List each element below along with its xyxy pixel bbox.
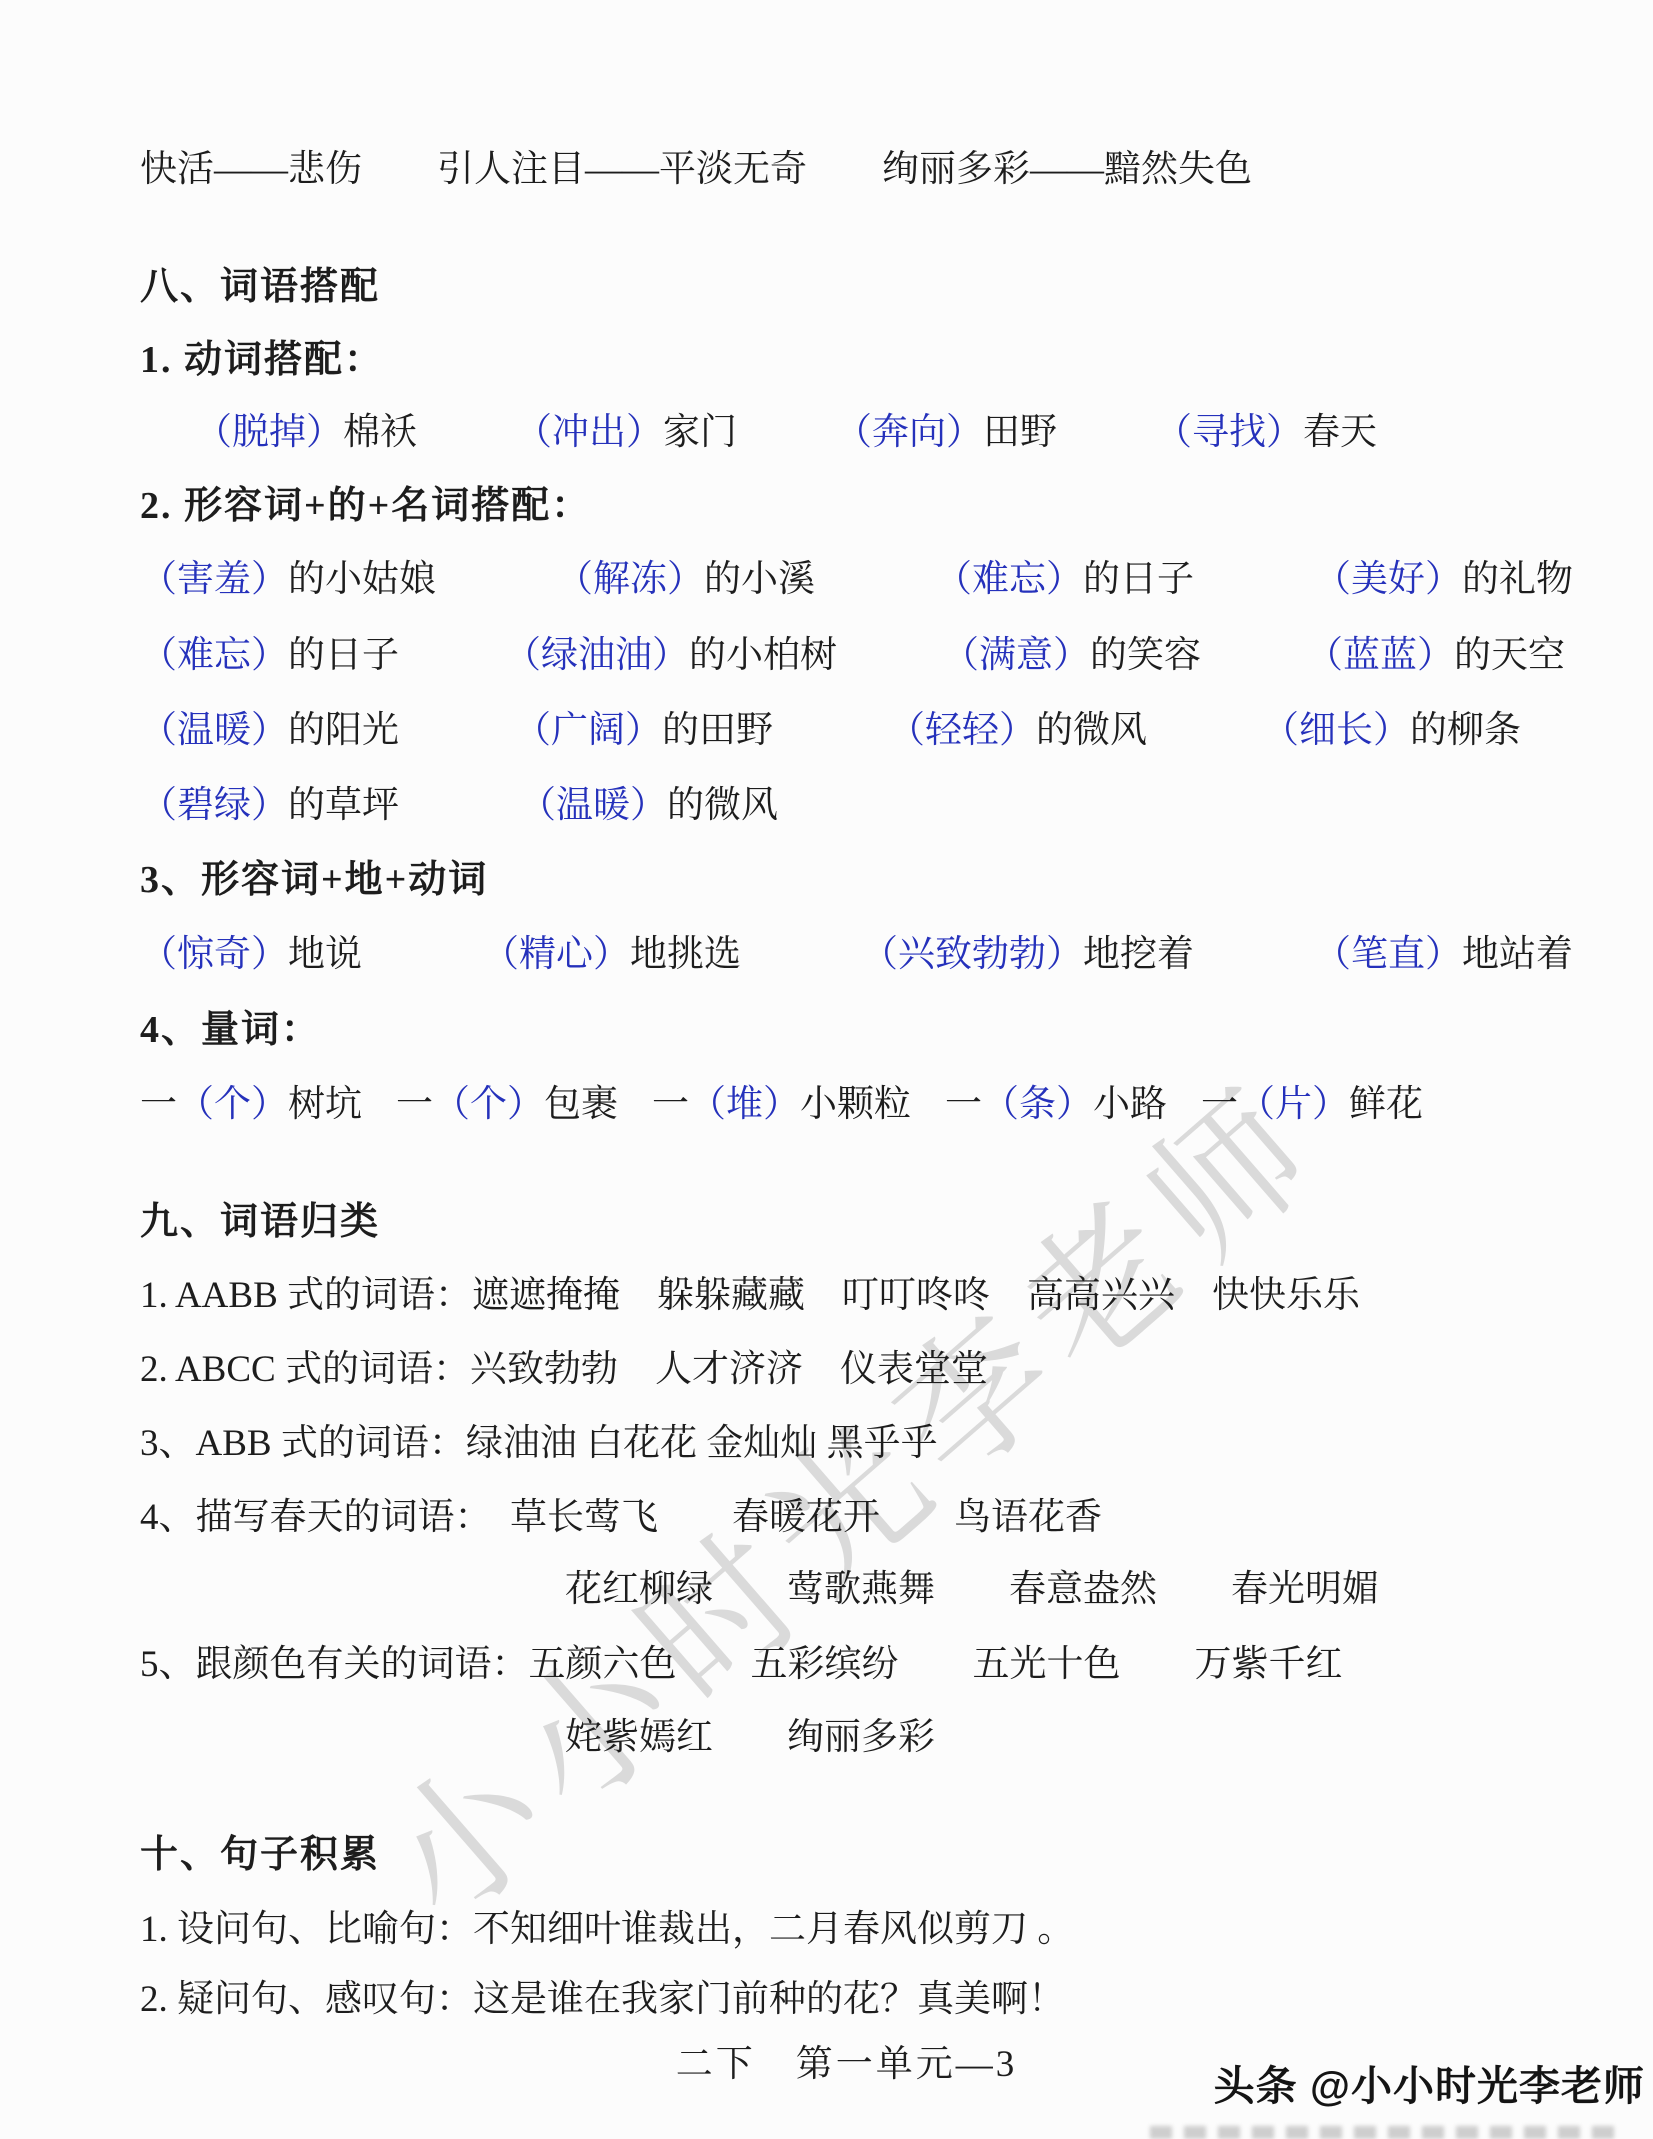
collocation-item: （蓝蓝）的天空 (1306, 632, 1565, 680)
collocation-black-word: 的阳光 (288, 710, 399, 751)
measure-blue-word: （堆） (689, 1084, 800, 1125)
measure-prefix: 一 (945, 1084, 982, 1125)
section9-title: 九、词语归类 (140, 1198, 380, 1246)
collocation-black-word: 地站着 (1462, 934, 1573, 975)
collocation-black-word: 地挑选 (630, 934, 741, 975)
collocation-black-word: 的天空 (1454, 635, 1565, 676)
verb-collocation-row: （脱掉）棉袄 （冲出）家门 （奔向）田野 （寻找）春天 (195, 409, 1377, 457)
measure-word-item: 一（堆）小颗粒 (652, 1081, 911, 1129)
measure-blue-word: （条） (982, 1084, 1093, 1125)
collocation-item: （美好）的礼物 (1314, 556, 1573, 604)
collocation-black-word: 的柳条 (1410, 710, 1521, 751)
collocation-blue-word: （惊奇） (140, 934, 288, 975)
collocation-blue-word: （精心） (482, 934, 630, 975)
collocation-black-word: 地说 (288, 934, 362, 975)
measure-blue-word: （片） (1238, 1084, 1349, 1125)
collocation-blue-word: （绿油油） (504, 635, 689, 676)
collocation-black-word: 的微风 (1036, 710, 1147, 751)
collocation-black-word: 的日子 (288, 635, 399, 676)
collocation-item: （广阔）的田野 (514, 707, 773, 755)
measure-noun: 鲜花 (1349, 1084, 1423, 1125)
word-category-continuation: 姹紫嫣红 绚丽多彩 (565, 1714, 935, 1762)
word-category-line: 5、跟颜色有关的词语：五颜六色 五彩缤纷 五光十色 万紫千红 (140, 1641, 1343, 1689)
collocation-item: （惊奇）地说 (140, 931, 362, 979)
measure-word-item: 一（个）树坑 (140, 1081, 362, 1129)
measure-prefix: 一 (140, 1084, 177, 1125)
collocation-blue-word: （兴致勃勃） (861, 934, 1083, 975)
collocation-black-word: 棉袄 (343, 412, 417, 453)
collocation-blue-word: （害羞） (140, 559, 288, 600)
measure-noun: 包裹 (544, 1084, 618, 1125)
adjective-noun-row: （难忘）的日子 （绿油油）的小柏树 （满意）的笑容 （蓝蓝）的天空 (140, 632, 1565, 680)
sentence-line: 1. 设问句、比喻句：不知细叶谁裁出，二月春风似剪刀 。 (140, 1906, 1074, 1954)
worksheet-page: 小小时光李老师 快活——悲伤 引人注目——平淡无奇 绚丽多彩——黯然失色 八、词… (0, 0, 1653, 2139)
collocation-black-word: 家门 (663, 412, 737, 453)
collocation-blue-word: （笔直） (1314, 934, 1462, 975)
section8-sub2-title: 2. 形容词+的+名词搭配： (140, 482, 591, 530)
measure-blue-word: （个） (433, 1084, 544, 1125)
section10-title: 十、句子积累 (140, 1831, 380, 1879)
collocation-black-word: 的笑容 (1090, 635, 1201, 676)
collocation-blue-word: （冲出） (515, 412, 663, 453)
cutoff-text-smudge (1150, 2126, 1620, 2139)
collocation-item: （冲出）家门 (515, 409, 737, 457)
collocation-blue-word: （脱掉） (195, 412, 343, 453)
section8-sub1-title: 1. 动词搭配： (140, 336, 384, 384)
measure-blue-word: （个） (177, 1084, 288, 1125)
collocation-item: （笔直）地站着 (1314, 931, 1573, 979)
adverb-verb-row: （惊奇）地说 （精心）地挑选 （兴致勃勃）地挖着 （笔直）地站着 (140, 931, 1573, 979)
collocation-blue-word: （奔向） (835, 412, 983, 453)
section8-title: 八、词语搭配 (140, 263, 380, 311)
antonym-pair: 快活——悲伤 (140, 146, 362, 194)
sentence-line: 2. 疑问句、感叹句：这是谁在我家门前种的花？真美啊！ (140, 1976, 1065, 2024)
adjective-noun-row: （害羞）的小姑娘 （解冻）的小溪 （难忘）的日子 （美好）的礼物 (140, 556, 1573, 604)
word-category-continuation: 花红柳绿 莺歌燕舞 春意盎然 春光明媚 (565, 1566, 1379, 1614)
credit-watermark: 头条 @小小时光李老师 (1214, 2053, 1645, 2112)
section8-sub4-title: 4、量词： (140, 1006, 321, 1054)
measure-word-item: 一（片）鲜花 (1201, 1081, 1423, 1129)
collocation-item: （绿油油）的小柏树 (504, 632, 837, 680)
collocation-blue-word: （难忘） (140, 635, 288, 676)
collocation-blue-word: （温暖） (140, 710, 288, 751)
collocation-item: （满意）的笑容 (942, 632, 1201, 680)
collocation-item: （害羞）的小姑娘 (140, 556, 436, 604)
collocation-blue-word: （解冻） (556, 559, 704, 600)
collocation-black-word: 地挖着 (1083, 934, 1194, 975)
collocation-item: （难忘）的日子 (140, 632, 399, 680)
collocation-item: （脱掉）棉袄 (195, 409, 417, 457)
collocation-item: （难忘）的日子 (935, 556, 1194, 604)
collocation-blue-word: （蓝蓝） (1306, 635, 1454, 676)
word-category-line: 3、ABB 式的词语：绿油油 白花花 金灿灿 黑乎乎 (140, 1420, 938, 1468)
collocation-blue-word: （满意） (942, 635, 1090, 676)
measure-prefix: 一 (1201, 1084, 1238, 1125)
adjective-noun-row: （碧绿）的草坪 （温暖）的微风 (140, 782, 778, 830)
collocation-black-word: 的微风 (667, 785, 778, 826)
collocation-item: （兴致勃勃）地挖着 (861, 931, 1194, 979)
collocation-blue-word: （温暖） (519, 785, 667, 826)
measure-noun: 树坑 (288, 1084, 362, 1125)
measure-prefix: 一 (652, 1084, 689, 1125)
measure-word-item: 一（个）包裹 (396, 1081, 618, 1129)
section8-sub3-title: 3、形容词+地+动词 (140, 856, 488, 904)
word-category-line: 2. ABCC 式的词语：兴致勃勃 人才济济 仪表堂堂 (140, 1346, 988, 1394)
adjective-noun-row: （温暖）的阳光 （广阔）的田野 （轻轻）的微风 （细长）的柳条 (140, 707, 1521, 755)
collocation-blue-word: （碧绿） (140, 785, 288, 826)
measure-noun: 小颗粒 (800, 1084, 911, 1125)
antonym-pair: 绚丽多彩——黯然失色 (882, 146, 1252, 194)
antonym-pair: 引人注目——平淡无奇 (437, 146, 807, 194)
page-number-label: 二下 第一单元—3 (636, 2044, 1018, 2085)
measure-word-item: 一（条）小路 (945, 1081, 1167, 1129)
word-category-line: 4、描写春天的词语： 草长莺飞 春暖花开 鸟语花香 (140, 1494, 1102, 1542)
collocation-item: （碧绿）的草坪 (140, 782, 399, 830)
collocation-black-word: 的日子 (1083, 559, 1194, 600)
measure-word-row: 一（个）树坑 一（个）包裹 一（堆）小颗粒 一（条）小路 一（片）鲜花 (140, 1081, 1423, 1129)
collocation-black-word: 的草坪 (288, 785, 399, 826)
collocation-item: （寻找）春天 (1155, 409, 1377, 457)
collocation-black-word: 的田野 (662, 710, 773, 751)
collocation-blue-word: （细长） (1262, 710, 1410, 751)
collocation-blue-word: （美好） (1314, 559, 1462, 600)
measure-noun: 小路 (1093, 1084, 1167, 1125)
collocation-black-word: 的小柏树 (689, 635, 837, 676)
collocation-black-word: 春天 (1303, 412, 1377, 453)
collocation-black-word: 的礼物 (1462, 559, 1573, 600)
word-category-line: 1. AABB 式的词语：遮遮掩掩 躲躲藏藏 叮叮咚咚 高高兴兴 快快乐乐 (140, 1272, 1360, 1320)
collocation-item: （解冻）的小溪 (556, 556, 815, 604)
collocation-item: （温暖）的阳光 (140, 707, 399, 755)
collocation-item: （温暖）的微风 (519, 782, 778, 830)
antonym-pairs-row: 快活——悲伤 引人注目——平淡无奇 绚丽多彩——黯然失色 (140, 146, 1252, 194)
collocation-blue-word: （寻找） (1155, 412, 1303, 453)
collocation-item: （轻轻）的微风 (888, 707, 1147, 755)
collocation-black-word: 的小溪 (704, 559, 815, 600)
collocation-item: （精心）地挑选 (482, 931, 741, 979)
collocation-black-word: 的小姑娘 (288, 559, 436, 600)
collocation-blue-word: （难忘） (935, 559, 1083, 600)
collocation-blue-word: （轻轻） (888, 710, 1036, 751)
collocation-item: （细长）的柳条 (1262, 707, 1521, 755)
measure-prefix: 一 (396, 1084, 433, 1125)
collocation-item: （奔向）田野 (835, 409, 1057, 457)
collocation-black-word: 田野 (983, 412, 1057, 453)
collocation-blue-word: （广阔） (514, 710, 662, 751)
